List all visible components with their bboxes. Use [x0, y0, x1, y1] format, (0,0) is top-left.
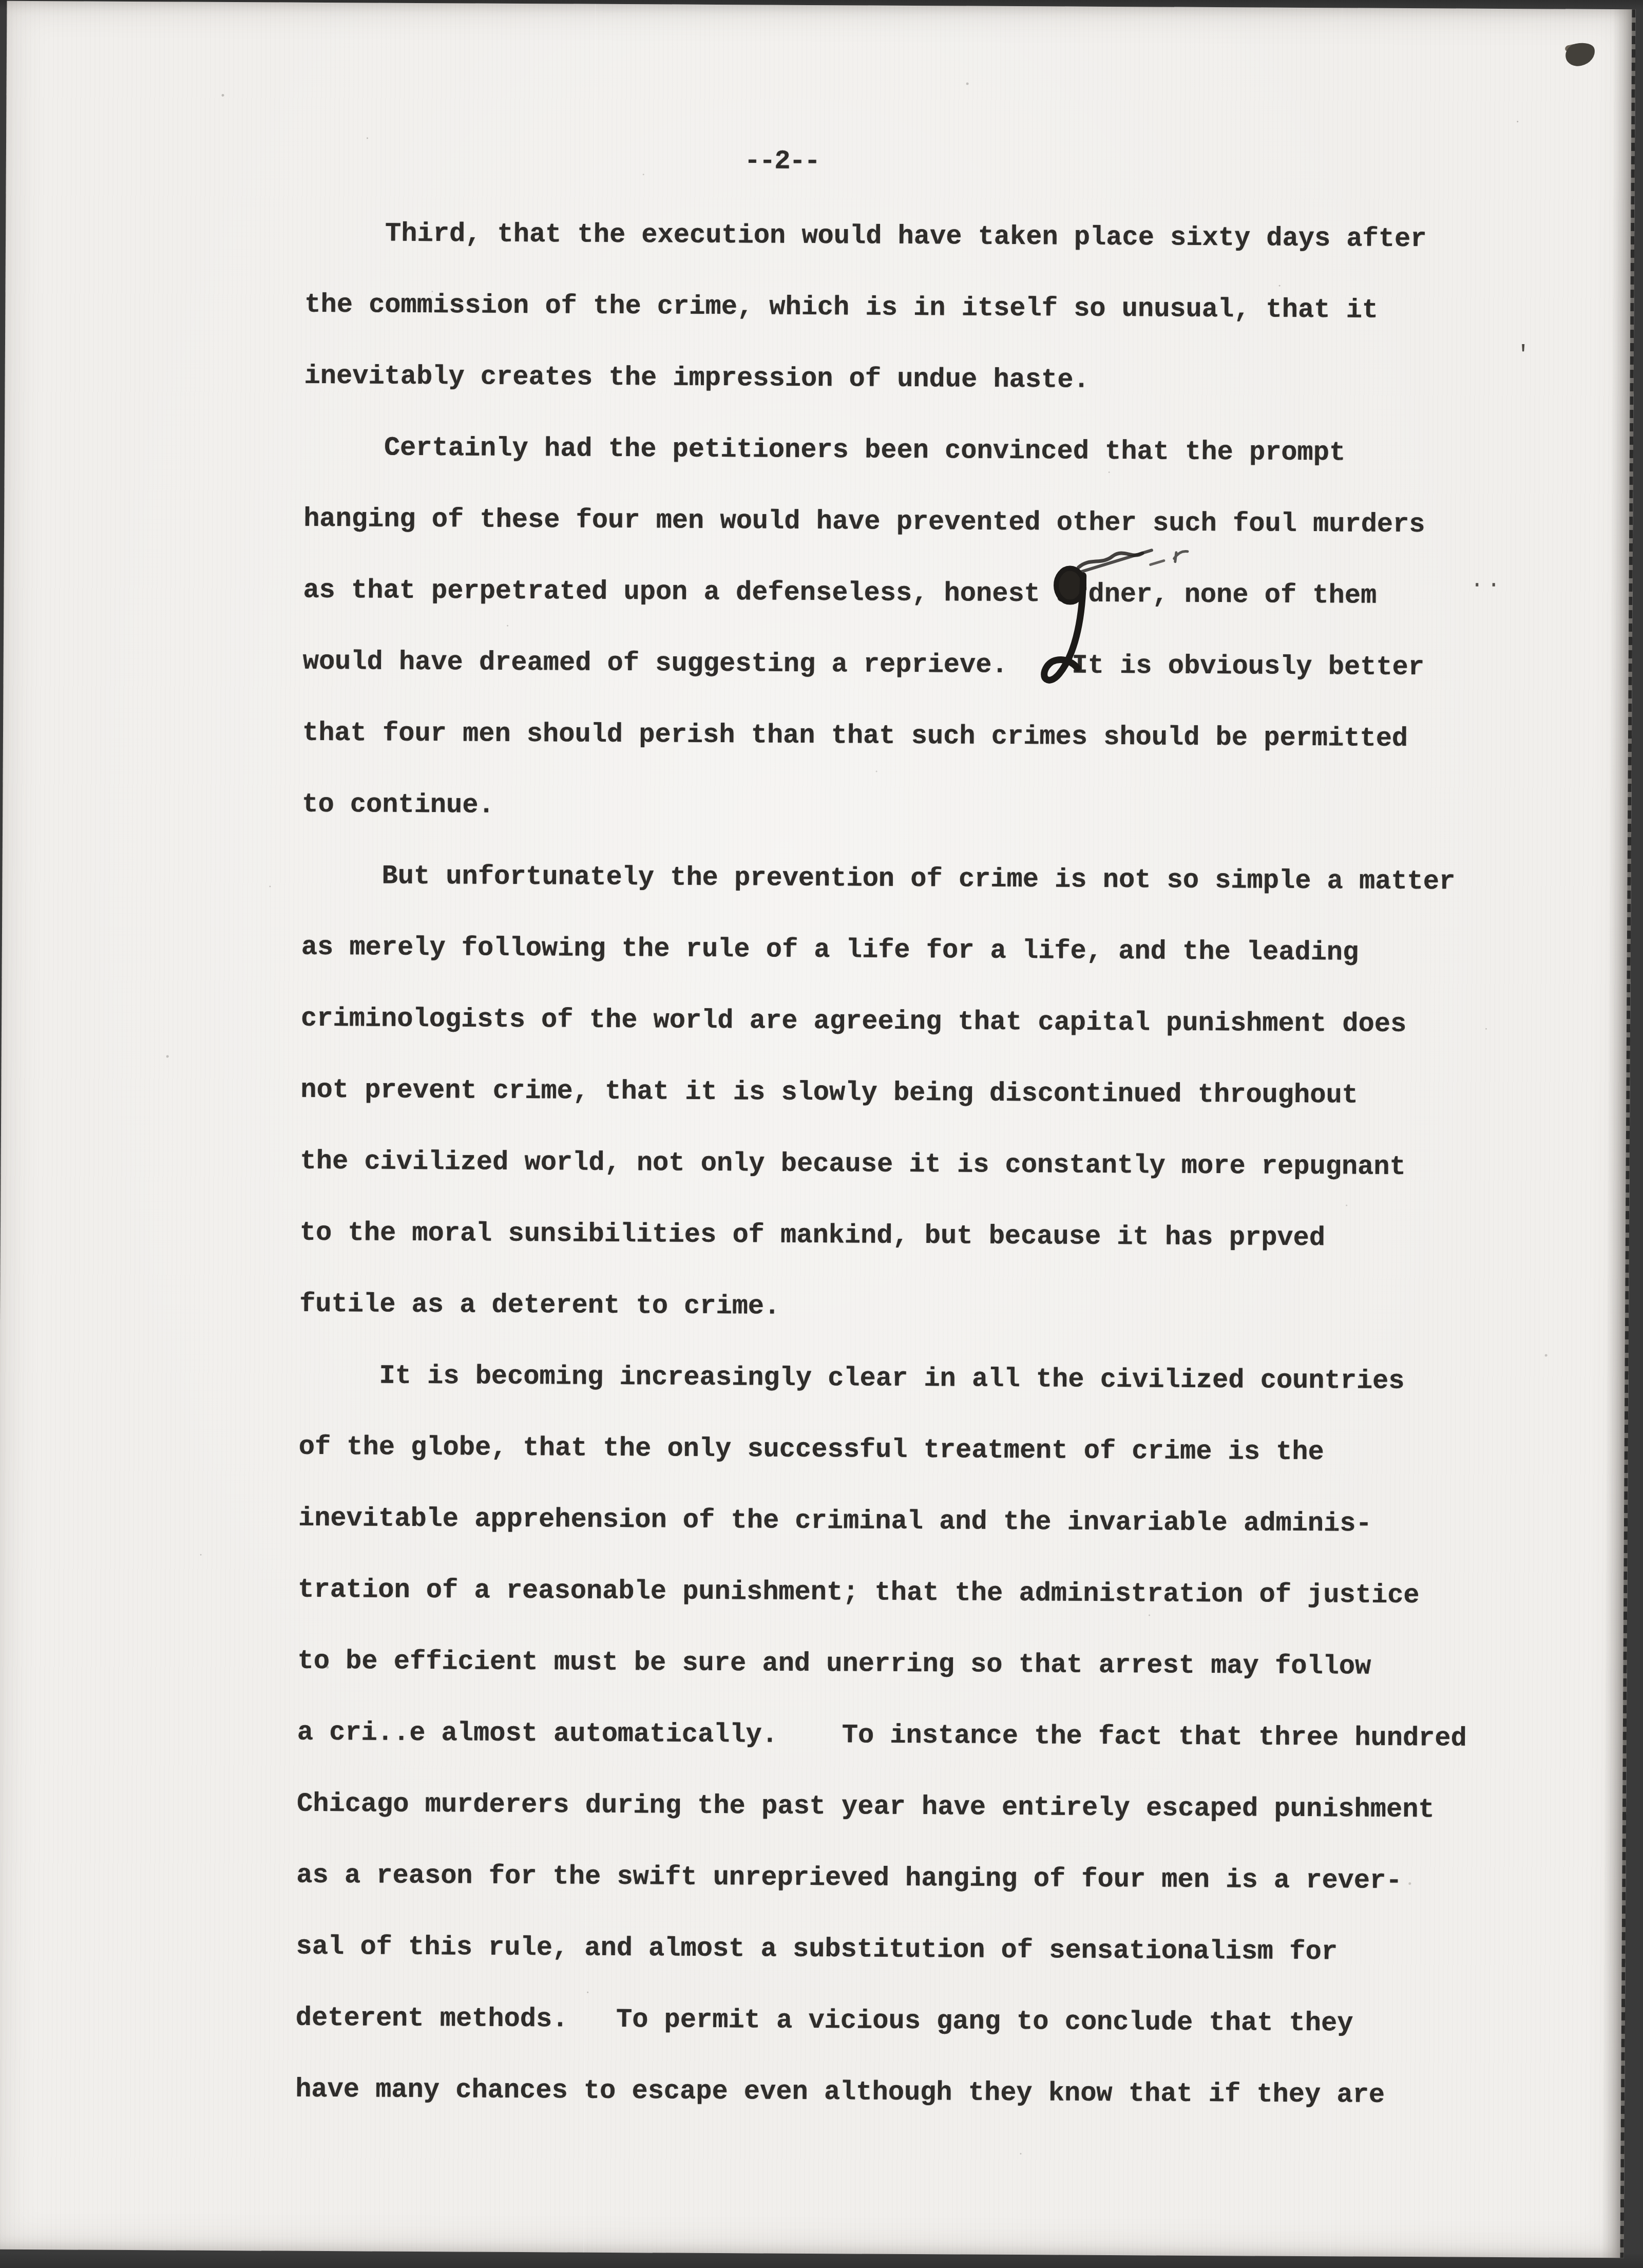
typed-line: criminologists of the world are agreeing…	[301, 983, 1471, 1061]
typed-text-block: Third, that the execution would have tak…	[295, 198, 1475, 2131]
typed-line: to continue.	[302, 769, 1472, 846]
typed-line: tration of a reasonable punishment; that…	[298, 1554, 1468, 1632]
typed-line: as that perpetrated upon a defenseless, …	[303, 555, 1473, 632]
typed-line: sal of this rule, and almost a substitut…	[296, 1911, 1466, 1989]
typed-line: a cri..e almost automatically. To instan…	[297, 1697, 1467, 1774]
typed-line: It is becoming increasingly clear in all…	[299, 1340, 1469, 1417]
typed-line: inevitably creates the impression of und…	[304, 341, 1474, 418]
stray-dot-marks: ··	[1470, 573, 1503, 598]
typed-line: Third, that the execution would have tak…	[305, 198, 1475, 275]
typed-line: not prevent crime, that it is slowly bei…	[300, 1054, 1470, 1132]
typed-line: have many chances to escape even althoug…	[295, 2054, 1465, 2131]
typed-line: the commission of the crime, which is in…	[304, 269, 1475, 347]
ink-blot-smudge	[1563, 40, 1597, 68]
page-number: --2--	[744, 133, 820, 190]
paper-page: --2-- Third, that the execution would ha…	[0, 1, 1635, 2258]
typed-line: that four men should perish than that su…	[302, 697, 1473, 775]
paragraph-2: Certainly had the petitioners been convi…	[302, 412, 1474, 846]
paper-speckles	[7, 1, 8, 3]
typed-line: would have dreamed of suggesting a repri…	[302, 626, 1473, 704]
paragraph-3: But unfortunately the prevention of crim…	[299, 840, 1472, 1346]
typed-line: of the globe, that the only successful t…	[298, 1411, 1468, 1489]
typed-line: futile as a deterent to crime.	[299, 1269, 1469, 1346]
scan-background: --2-- Third, that the execution would ha…	[0, 0, 1643, 2268]
typed-line: hanging of these four men would have pre…	[303, 483, 1474, 561]
stray-apostrophe-mark: '	[1516, 342, 1531, 368]
paragraph-1: Third, that the execution would have tak…	[304, 198, 1475, 418]
typed-line: But unfortunately the prevention of crim…	[301, 840, 1472, 918]
typed-line: as a reason for the swift unreprieved ha…	[296, 1840, 1466, 1917]
typed-line: Chicago murderers during the past year h…	[297, 1768, 1467, 1846]
typed-line: the civilized world, not only because it…	[300, 1126, 1470, 1203]
handwritten-g-correction	[1036, 557, 1103, 701]
typed-line: to be efficient must be sure and unerrin…	[297, 1626, 1467, 1703]
typed-line: as merely following the rule of a life f…	[301, 912, 1471, 989]
paragraph-4: It is becoming increasingly clear in all…	[295, 1340, 1469, 2131]
typed-line: deterent methods. To permit a vicious ga…	[296, 1982, 1466, 2060]
typed-line: inevitable apprehension of the criminal …	[298, 1483, 1468, 1560]
typed-line: Certainly had the petitioners been convi…	[304, 412, 1474, 489]
typed-line: to the moral sunsibilities of mankind, b…	[300, 1197, 1470, 1275]
